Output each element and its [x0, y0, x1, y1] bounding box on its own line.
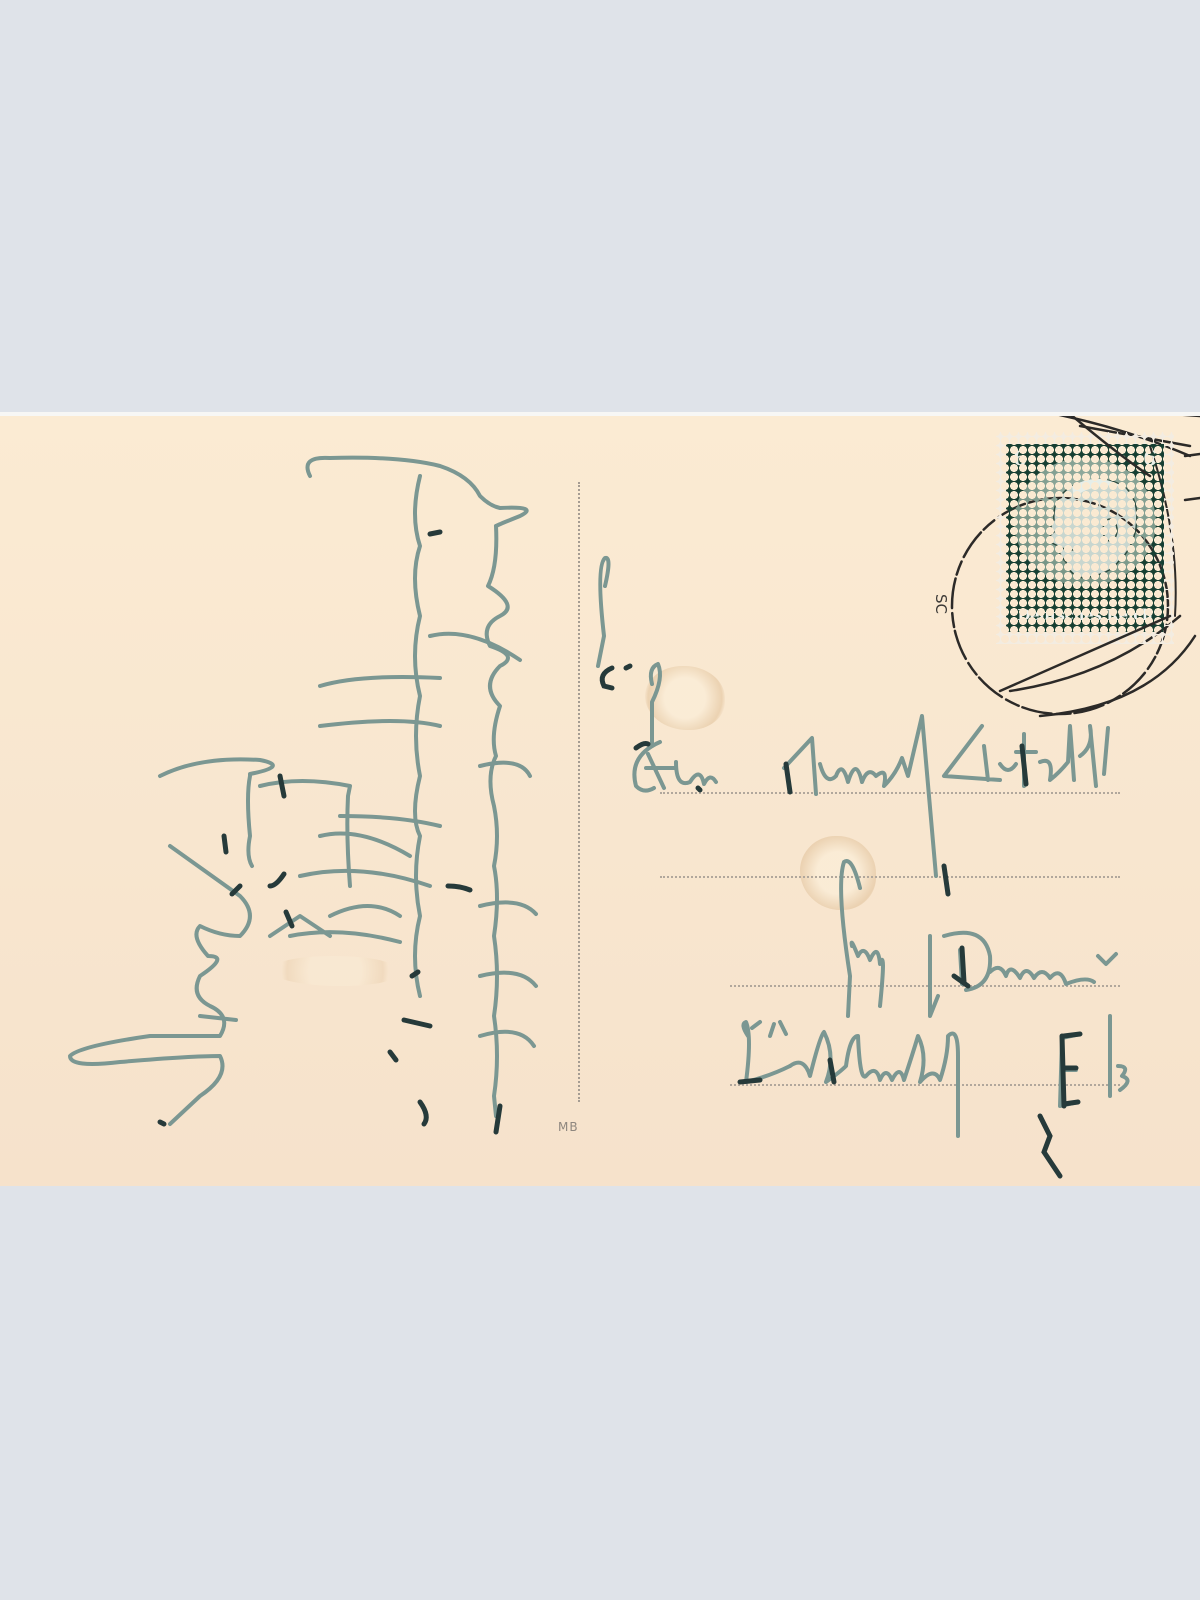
handwritten-message — [0, 416, 1200, 1186]
postcard-back: MB SC 6 6 Deutsches Reich — [0, 416, 1200, 1186]
